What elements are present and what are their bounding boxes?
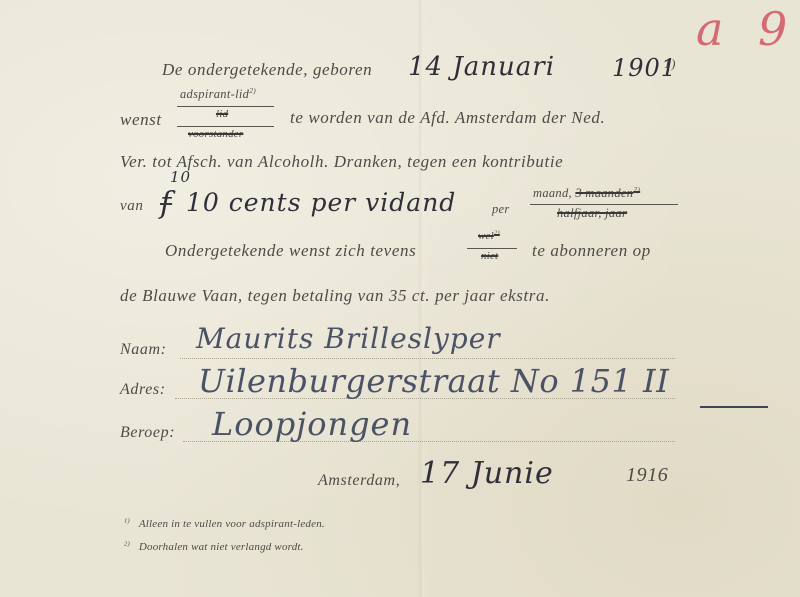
subscription-line: Ondergetekende wenst zich tevens [165, 241, 416, 261]
address-label: Adres: [120, 381, 166, 399]
period-rule [530, 204, 678, 205]
footnote-2-text: Doorhalen wat niet verlangd wordt. [139, 541, 304, 553]
option-lid-struck[interactable]: lid [216, 108, 228, 120]
occupation-label: Beroep: [120, 424, 175, 442]
per-label: per [492, 202, 510, 217]
period-maand: maand, [533, 186, 572, 200]
period-3-maanden-struck: 3 maanden2) [575, 186, 640, 200]
line6-text: de Blauwe Vaan, tegen betaling van 35 ct… [120, 286, 550, 306]
name-label: Naam: [120, 341, 167, 359]
signature-date-field[interactable]: 17 Junie [420, 456, 554, 491]
option-voorstander-struck[interactable]: voorstander [188, 128, 243, 140]
name-field[interactable]: Maurits Brilleslyper [196, 322, 501, 355]
footnote-2-ref: 2) [124, 540, 130, 547]
address-underline [700, 406, 768, 408]
contribution-amount-field[interactable]: 10 cents per vidand [186, 188, 456, 217]
intro-line: De ondergetekende, geboren [162, 60, 372, 80]
address-field[interactable]: Uilenburgerstraat No 151 II [198, 362, 669, 400]
line5-suffix: te abonneren op [532, 241, 651, 261]
line2-suffix: te worden van de Afd. Amsterdam der Ned. [290, 108, 605, 128]
period-options-bottom-struck[interactable]: halfjaar, jaar [557, 206, 627, 221]
fraction-rule-bottom [177, 126, 274, 127]
crossed-amount: f [160, 186, 172, 221]
period-options-top[interactable]: maand, 3 maanden2) [533, 186, 640, 201]
archive-mark: a 9 [696, 2, 797, 56]
fraction-rule-top [177, 106, 274, 107]
van-label: van [120, 198, 143, 215]
occupation-field[interactable]: Loopjongen [212, 405, 412, 443]
signature-year: 1916 [626, 464, 668, 487]
footnote-1: 1) Alleen in te vullen voor adspirant-le… [124, 518, 325, 530]
footnote-2: 2) Doorhalen wat niet verlangd wordt. [124, 541, 304, 553]
place-label: Amsterdam, [318, 472, 400, 490]
birth-date-field[interactable]: 14 Januari [408, 52, 555, 82]
option-adspirant-lid[interactable]: adspirant-lid2) [180, 87, 256, 102]
amount-correction: 10 [170, 168, 191, 186]
wel-niet-rule [467, 248, 517, 249]
option-niet-struck[interactable]: niet [481, 250, 498, 262]
footnote-1-ref: 1) [124, 517, 130, 524]
intro-text: De ondergetekende, geboren [162, 60, 372, 79]
footnote-ref-1: 1) [664, 56, 676, 72]
wenst-label: wenst [120, 110, 162, 130]
name-dotted-line [180, 358, 675, 359]
footnote-1-text: Alleen in te vullen voor adspirant-leden… [139, 518, 325, 530]
option-wel-struck[interactable]: wel2) [478, 230, 500, 242]
